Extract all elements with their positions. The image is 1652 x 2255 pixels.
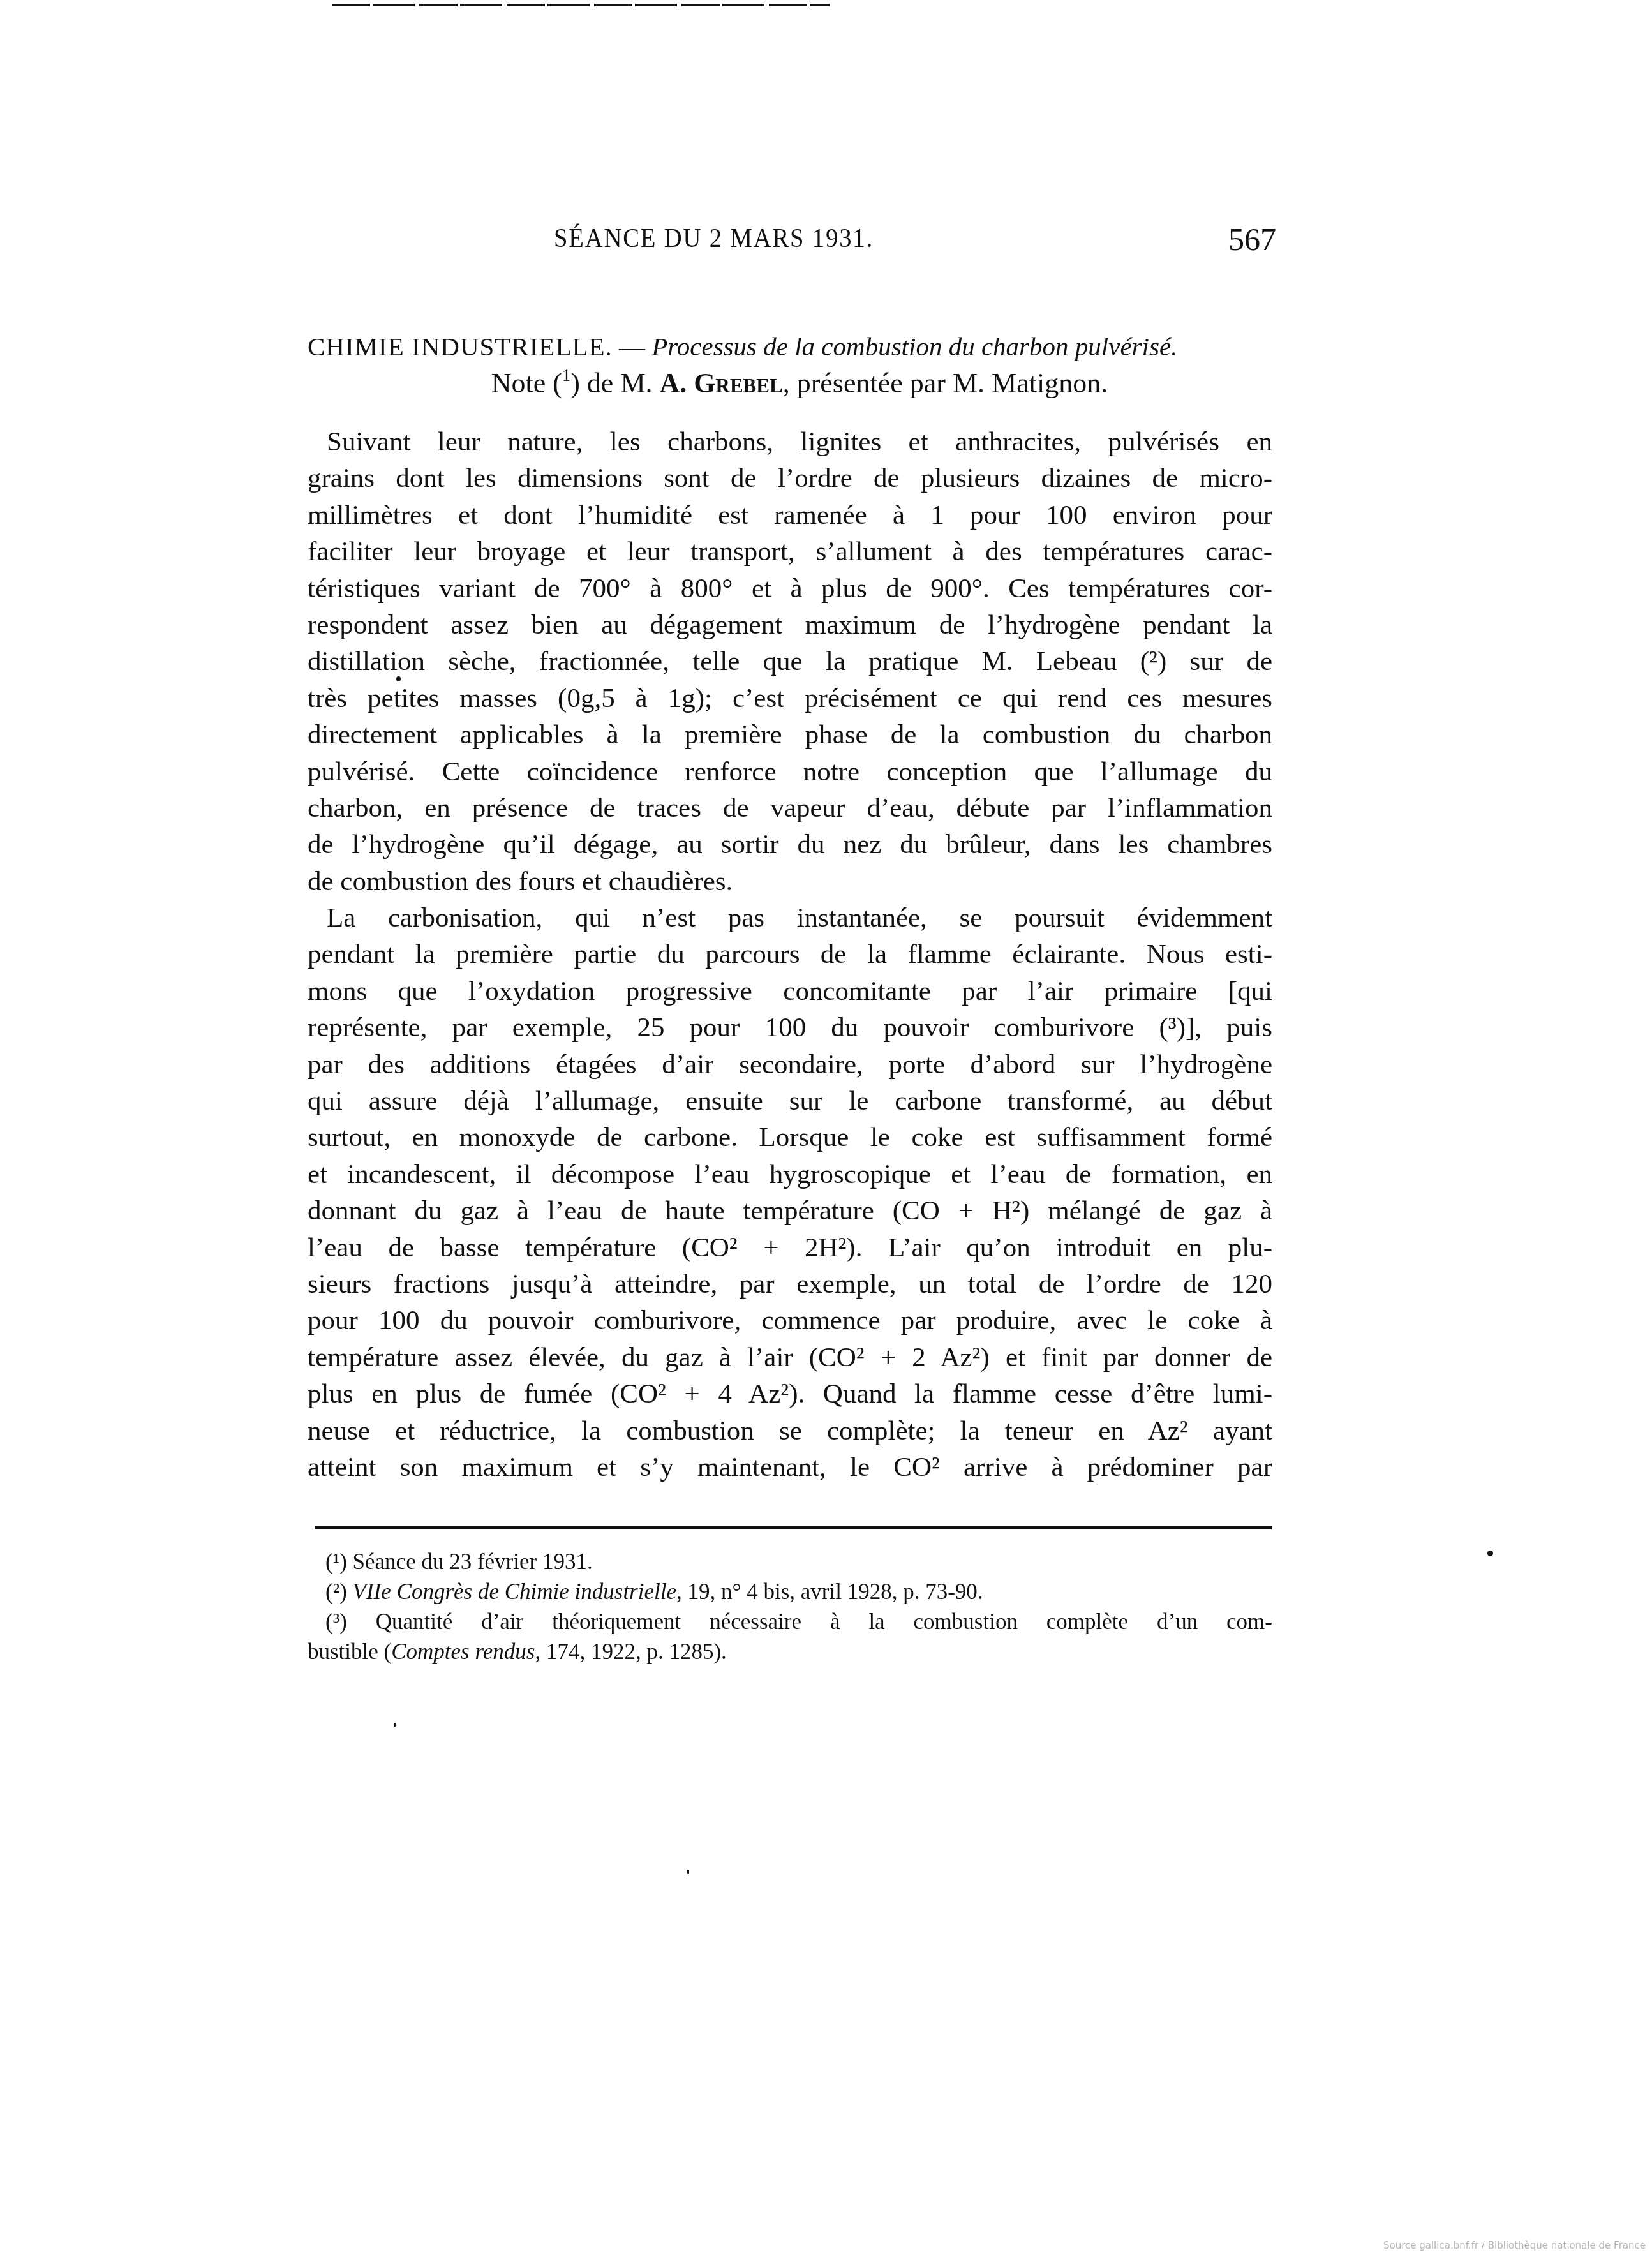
text-line: Suivant leur nature, les charbons, ligni… bbox=[308, 424, 1272, 460]
footnote-italic: Comptes rendus bbox=[391, 1639, 535, 1664]
scan-speck bbox=[394, 1723, 396, 1727]
page-number: 567 bbox=[1228, 221, 1276, 258]
footnote-italic: VIIe Congrès de Chimie industrielle bbox=[347, 1579, 676, 1604]
author-name: A. Grebel bbox=[660, 368, 783, 399]
paragraph-2: La carbonisation, qui n’est pas instanta… bbox=[308, 900, 1272, 1485]
text-line: donnant du gaz à l’eau de haute températ… bbox=[308, 1193, 1272, 1229]
footnote-separator-rule bbox=[315, 1526, 1272, 1529]
byline-prefix: Note ( bbox=[491, 368, 562, 399]
text-line: directement applicables à la première ph… bbox=[308, 717, 1272, 753]
running-head: SÉANCE DU 2 MARS 1931. 567 bbox=[0, 223, 1652, 262]
text-line: mons que l’oxydation progressive concomi… bbox=[308, 973, 1272, 1009]
text-line: très petites masses (0g,5 à 1g); c’est p… bbox=[308, 680, 1272, 717]
paragraph-1: Suivant leur nature, les charbons, ligni… bbox=[308, 424, 1272, 900]
text-line: téristiques variant de 700° à 800° et à … bbox=[308, 570, 1272, 607]
text-line: plus en plus de fumée (CO² + 4 Az²). Qua… bbox=[308, 1376, 1272, 1412]
text-line: pour 100 du pouvoir comburivore, commenc… bbox=[308, 1302, 1272, 1339]
text-line: représente, par exemple, 25 pour 100 du … bbox=[308, 1009, 1272, 1046]
text-line: atteint son maximum et s’y maintenant, l… bbox=[308, 1449, 1272, 1485]
section-label: CHIMIE INDUSTRIELLE. bbox=[308, 332, 613, 361]
text-line: grains dont les dimensions sont de l’ord… bbox=[308, 460, 1272, 496]
footnote-marker: (²) bbox=[325, 1579, 347, 1604]
footnote-2: (²) VIIe Congrès de Chimie industrielle,… bbox=[308, 1577, 1272, 1607]
article-title: Processus de la combustion du charbon pu… bbox=[651, 332, 1177, 361]
text-line: l’eau de basse température (CO² + 2H²). … bbox=[308, 1230, 1272, 1266]
text-line: pendant la première partie du parcours d… bbox=[308, 936, 1272, 972]
text-line: et incandescent, il décompose l’eau hygr… bbox=[308, 1156, 1272, 1193]
text-line: La carbonisation, qui n’est pas instanta… bbox=[308, 900, 1272, 936]
footnote-text: , 19, n° 4 bis, avril 1928, p. 73-90. bbox=[676, 1579, 983, 1604]
heading-dash: — bbox=[613, 332, 652, 361]
text-line: faciliter leur broyage et leur transport… bbox=[308, 533, 1272, 570]
text-line: de combustion des fours et chaudières. bbox=[308, 863, 1272, 900]
footnote-ref-1: 1 bbox=[562, 366, 570, 385]
text-line: neuse et réductrice, la combustion se co… bbox=[308, 1413, 1272, 1449]
text-line: respondent assez bien au dégagement maxi… bbox=[308, 607, 1272, 643]
text-line: pulvérisé. Cette coïncidence renforce no… bbox=[308, 754, 1272, 790]
text-line: charbon, en présence de traces de vapeur… bbox=[308, 790, 1272, 826]
text-line: distillation sèche, fractionnée, telle q… bbox=[308, 643, 1272, 680]
footnote-text: Quantité d’air théoriquement nécessaire … bbox=[347, 1609, 1272, 1634]
section-heading: CHIMIE INDUSTRIELLE. — Processus de la c… bbox=[308, 329, 1272, 365]
footnote-1: (¹) Séance du 23 février 1931. bbox=[308, 1547, 1272, 1577]
scan-speck bbox=[1487, 1551, 1493, 1556]
footnote-text: bustible ( bbox=[308, 1639, 391, 1664]
byline-suffix: , présentée par M. Matignon. bbox=[783, 368, 1108, 399]
source-credit: Source gallica.bnf.fr / Bibliothèque nat… bbox=[1383, 2240, 1646, 2251]
text-line: qui assure déjà l’allumage, ensuite sur … bbox=[308, 1083, 1272, 1119]
scan-speck bbox=[396, 676, 401, 681]
byline-mid: ) de M. bbox=[570, 368, 659, 399]
footnote-marker: (³) bbox=[325, 1609, 347, 1634]
body-text: Suivant leur nature, les charbons, ligni… bbox=[308, 424, 1272, 1485]
text-line: température assez élevée, du gaz à l’air… bbox=[308, 1339, 1272, 1376]
text-line: millimètres et dont l’humidité est ramen… bbox=[308, 497, 1272, 533]
footnote-3: (³) Quantité d’air théoriquement nécessa… bbox=[308, 1607, 1272, 1637]
footnotes: (¹) Séance du 23 février 1931. (²) VIIe … bbox=[308, 1547, 1272, 1667]
text-line: de l’hydrogène qu’il dégage, au sortir d… bbox=[308, 826, 1272, 863]
byline: Note (1) de M. A. Grebel, présentée par … bbox=[308, 365, 1272, 401]
footnote-marker: (¹) bbox=[325, 1549, 347, 1574]
footnote-text: , 174, 1922, p. 1285). bbox=[535, 1639, 726, 1664]
scan-top-border bbox=[332, 4, 830, 6]
running-title: SÉANCE DU 2 MARS 1931. bbox=[554, 223, 874, 254]
text-line: sieurs fractions jusqu’à atteindre, par … bbox=[308, 1266, 1272, 1302]
footnote-3-continuation: bustible (Comptes rendus, 174, 1922, p. … bbox=[308, 1637, 1272, 1667]
text-line: surtout, en monoxyde de carbone. Lorsque… bbox=[308, 1119, 1272, 1156]
article-heading: CHIMIE INDUSTRIELLE. — Processus de la c… bbox=[308, 329, 1272, 401]
scan-speck bbox=[687, 1870, 689, 1874]
footnote-text: Séance du 23 février 1931. bbox=[347, 1549, 593, 1574]
text-line: par des additions étagées d’air secondai… bbox=[308, 1046, 1272, 1083]
